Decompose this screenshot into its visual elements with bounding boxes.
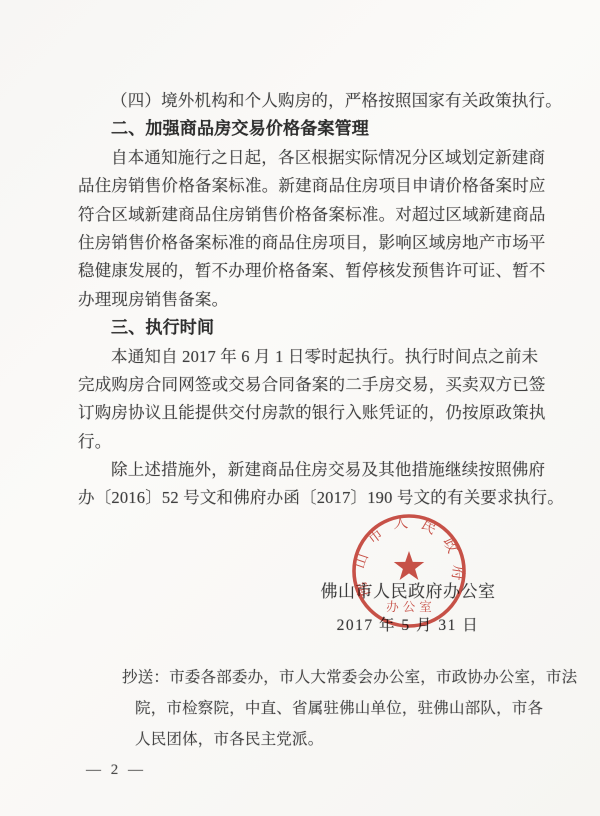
body-line: 三、执行时间 [78,314,546,342]
body-line: （四）境外机构和个人购房的，严格按照国家有关政策执行。 [78,87,546,115]
signature-block: 佛山市人民政府办公室 2017 年 5 月 31 日 [318,577,498,635]
body-line: 稳健康发展的，暂不办理价格备案、暂停核发预售许可证、暂不 [78,257,546,285]
body-line: 二、加强商品房交易价格备案管理 [78,115,546,143]
body-line: 住房销售价格备案标准的商品住房项目，影响区域房地产市场平 [78,229,546,257]
scanned-document-page: （四）境外机构和个人购房的，严格按照国家有关政策执行。二、加强商品房交易价格备案… [0,0,600,816]
cc-distribution-block: 抄送：市委各部委办，市人大常委会办公室，市政协办公室，市法院，市检察院，中直、省… [89,662,539,755]
body-line: 自本通知施行之日起，各区根据实际情况分区域划定新建商 [78,144,546,172]
body-line: 除上述措施外，新建商品住房交易及其他措施继续按照佛府 [78,456,546,484]
document-body: （四）境外机构和个人购房的，严格按照国家有关政策执行。二、加强商品房交易价格备案… [78,87,546,513]
cc-line: 人民团体，市各民主党派。 [89,724,539,755]
issue-date: 2017 年 5 月 31 日 [318,613,498,635]
cc-line: 院，市检察院，中直、省属驻佛山单位，驻佛山部队，市各 [89,693,539,724]
star-icon [394,551,424,580]
body-line: 办〔2016〕52 号文和佛府办函〔2017〕190 号文的有关要求执行。 [78,484,546,512]
page-number: — 2 — [86,762,146,779]
body-line: 品住房销售价格备案标准。新建商品住房项目申请价格备案时应 [78,172,546,200]
body-line: 办理现房销售备案。 [78,286,546,314]
body-line: 本通知自 2017 年 6 月 1 日零时起执行。执行时间点之前未 [78,343,546,371]
body-line: 订购房协议且能提供交付房款的银行入账凭证的，仍按原政策执 [78,399,546,427]
body-line: 符合区域新建商品住房销售价格备案标准。对超过区域新建商品 [78,201,546,229]
issuing-office-name: 佛山市人民政府办公室 [318,577,498,602]
cc-line: 抄送：市委各部委办，市人大常委会办公室，市政协办公室，市法 [89,662,539,693]
body-line: 行。 [78,428,546,456]
body-line: 完成购房合同网签或交易合同备案的二手房交易，买卖双方已签 [78,371,546,399]
